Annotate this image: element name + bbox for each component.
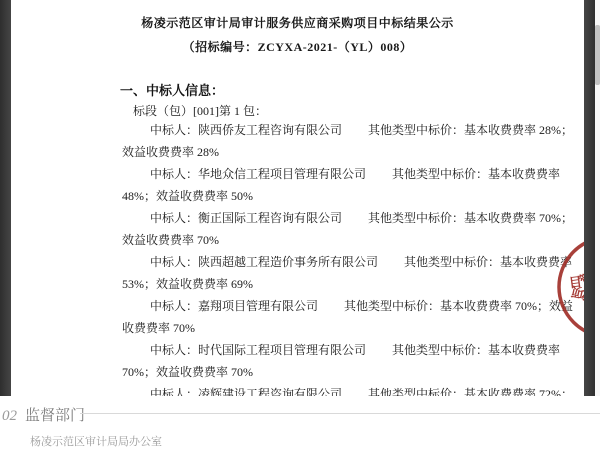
footer-department: 杨凌示范区审计局局办公室 <box>30 433 162 449</box>
document-page: 杨凌示范区审计局审计服务供应商采购项目中标结果公示 （招标编号：ZCYXA-20… <box>11 0 584 396</box>
winner-label: 中标人： <box>150 123 198 137</box>
price-label: 其他类型中标价： <box>368 123 464 137</box>
price-label: 其他类型中标价： <box>392 167 488 181</box>
winner-name: 时代国际工程项目管理有限公司 <box>198 343 366 357</box>
viewer-left-margin <box>0 0 11 396</box>
price-label: 其他类型中标价： <box>368 211 464 225</box>
footer-section-title: 监督部门 <box>25 408 85 424</box>
svg-text:中创盈项目管: 中创盈项目管 <box>568 269 584 323</box>
winner-entry: 中标人：衡正国际工程咨询有限公司其他类型中标价：基本收费费率 70%；效益收费费… <box>122 207 574 251</box>
bid-number: （招标编号：ZCYXA-2021-（YL）008） <box>11 38 584 55</box>
viewer-right-margin <box>584 0 595 396</box>
footer-divider <box>80 413 600 414</box>
section-heading: 一、中标人信息： <box>120 80 224 99</box>
scrollbar-track[interactable] <box>595 0 600 396</box>
winner-label: 中标人： <box>150 343 198 357</box>
winner-entry: 中标人：陕西侨友工程咨询有限公司其他类型中标价：基本收费费率 28%；效益收费费… <box>122 119 574 163</box>
seal-text: 中创盈项目管 <box>568 269 584 323</box>
lot-line: 标段（包）[001]第 1 包： <box>133 102 267 119</box>
winner-label: 中标人： <box>150 387 198 396</box>
winner-entry: 中标人：陕西超越工程造价事务所有限公司其他类型中标价：基本收费费率 53%；效益… <box>122 251 574 295</box>
price-label: 其他类型中标价： <box>392 343 488 357</box>
scrollbar-thumb[interactable] <box>595 25 600 85</box>
winner-name: 陕西超越工程造价事务所有限公司 <box>198 255 378 269</box>
winner-name: 华地众信工程项目管理有限公司 <box>198 167 366 181</box>
footer-heading: 02监督部门 <box>2 404 85 425</box>
winner-entry: 中标人：嘉翔项目管理有限公司其他类型中标价：基本收费费率 70%；效益收费费率 … <box>122 295 574 339</box>
winner-name: 衡正国际工程咨询有限公司 <box>198 211 342 225</box>
price-label: 其他类型中标价： <box>344 299 440 313</box>
footer-section-number: 02 <box>2 408 17 424</box>
page-footer-section: 02监督部门 杨凌示范区审计局局办公室 <box>0 396 600 469</box>
price-label: 其他类型中标价： <box>368 387 464 396</box>
winner-label: 中标人： <box>150 211 198 225</box>
price-label: 其他类型中标价： <box>404 255 500 269</box>
winner-name: 凌辉建设工程咨询有限公司 <box>198 387 342 396</box>
winner-name: 陕西侨友工程咨询有限公司 <box>198 123 342 137</box>
winner-entry: 中标人：华地众信工程项目管理有限公司其他类型中标价：基本收费费率 48%；效益收… <box>122 163 574 207</box>
winner-entry: 中标人：时代国际工程项目管理有限公司其他类型中标价：基本收费费率 70%；效益收… <box>122 339 574 383</box>
document-title: 杨凌示范区审计局审计服务供应商采购项目中标结果公示 <box>11 14 584 31</box>
winner-label: 中标人： <box>150 167 198 181</box>
winner-name: 嘉翔项目管理有限公司 <box>198 299 318 313</box>
winner-label: 中标人： <box>150 299 198 313</box>
winner-list: 中标人：陕西侨友工程咨询有限公司其他类型中标价：基本收费费率 28%；效益收费费… <box>122 119 574 396</box>
winner-entry: 中标人：凌辉建设工程咨询有限公司其他类型中标价：基本收费费率 72%；效 <box>122 383 574 396</box>
winner-label: 中标人： <box>150 255 198 269</box>
red-seal-icon: 中创盈项目管 <box>549 227 584 347</box>
document-viewer: 杨凌示范区审计局审计服务供应商采购项目中标结果公示 （招标编号：ZCYXA-20… <box>0 0 600 469</box>
